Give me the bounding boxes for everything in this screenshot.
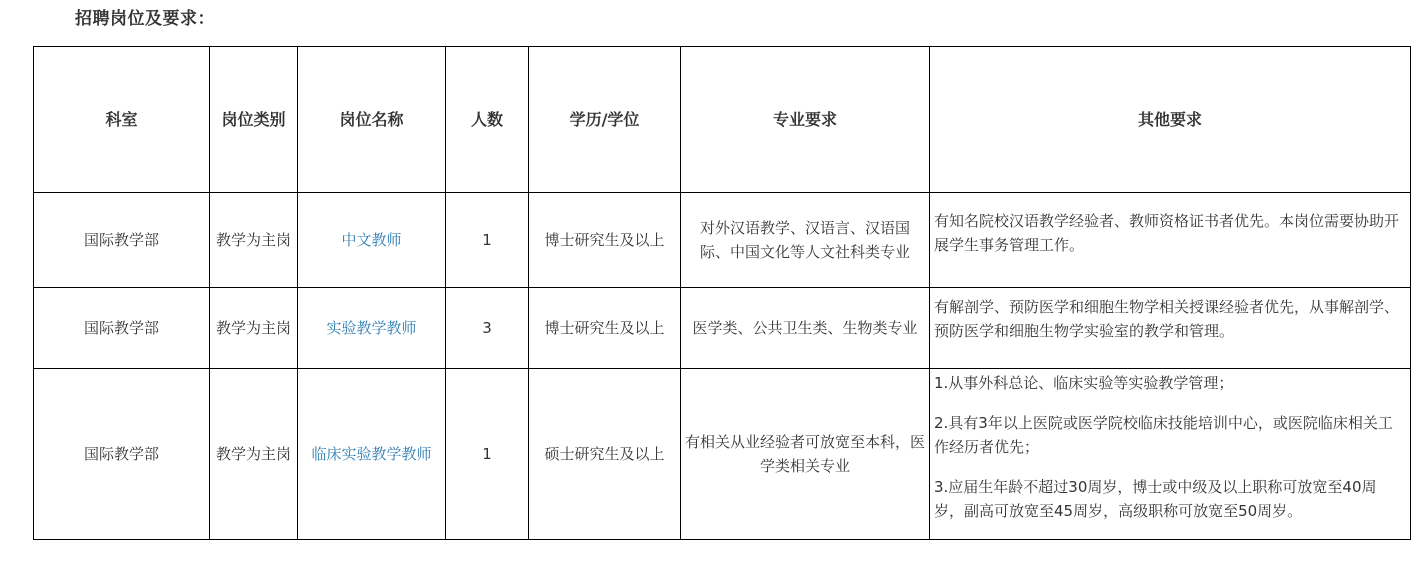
other-requirement: 有知名院校汉语教学经验者、教师资格证书者优先。本岗位需要协助开展学生事务管理工作…: [934, 209, 1406, 257]
table-row: 国际教学部 教学为主岗 临床实验教学教师 1 硕士研究生及以上 有相关从业经验者…: [34, 369, 1411, 540]
table-row: 国际教学部 教学为主岗 实验教学教师 3 博士研究生及以上 医学类、公共卫生类、…: [34, 288, 1411, 369]
position-link[interactable]: 临床实验教学教师: [311, 445, 431, 463]
other-requirement: 有解剖学、预防医学和细胞生物学相关授课经验者优先，从事解剖学、预防医学和细胞生物…: [934, 295, 1406, 343]
cell-education: 博士研究生及以上: [529, 193, 681, 288]
other-requirement: 1.从事外科总论、临床实验等实验教学管理；: [934, 371, 1406, 395]
cell-count: 3: [446, 288, 529, 369]
cell-count: 1: [446, 193, 529, 288]
other-requirement: 3.应届生年龄不超过30周岁，博士或中级及以上职称可放宽至40周岁，副高可放宽至…: [934, 475, 1406, 523]
header-count: 人数: [446, 47, 529, 193]
cell-count: 1: [446, 369, 529, 540]
other-requirement: 2.具有3年以上医院或医学院校临床技能培训中心，或医院临床相关工作经历者优先；: [934, 411, 1406, 459]
position-link[interactable]: 实验教学教师: [326, 319, 416, 337]
cell-major: 有相关从业经验者可放宽至本科，医学类相关专业: [681, 369, 930, 540]
table-header-row: 科室 岗位类别 岗位名称 人数 学历/学位 专业要求 其他要求: [34, 47, 1411, 193]
cell-category: 教学为主岗: [210, 288, 298, 369]
section-title: 招聘岗位及要求：: [75, 4, 215, 29]
cell-department: 国际教学部: [34, 288, 210, 369]
cell-category: 教学为主岗: [210, 369, 298, 540]
header-other: 其他要求: [930, 47, 1411, 193]
cell-other: 1.从事外科总论、临床实验等实验教学管理； 2.具有3年以上医院或医学院校临床技…: [930, 369, 1411, 540]
cell-category: 教学为主岗: [210, 193, 298, 288]
cell-department: 国际教学部: [34, 369, 210, 540]
cell-major: 对外汉语教学、汉语言、汉语国际、中国文化等人文社科类专业: [681, 193, 930, 288]
header-category: 岗位类别: [210, 47, 298, 193]
position-link[interactable]: 中文教师: [341, 231, 401, 249]
header-education: 学历/学位: [529, 47, 681, 193]
recruitment-table: 科室 岗位类别 岗位名称 人数 学历/学位 专业要求 其他要求 国际教学部 教学…: [33, 46, 1411, 540]
cell-major: 医学类、公共卫生类、生物类专业: [681, 288, 930, 369]
table-row: 国际教学部 教学为主岗 中文教师 1 博士研究生及以上 对外汉语教学、汉语言、汉…: [34, 193, 1411, 288]
cell-other: 有解剖学、预防医学和细胞生物学相关授课经验者优先，从事解剖学、预防医学和细胞生物…: [930, 288, 1411, 369]
header-department: 科室: [34, 47, 210, 193]
header-position: 岗位名称: [298, 47, 446, 193]
cell-education: 硕士研究生及以上: [529, 369, 681, 540]
cell-other: 有知名院校汉语教学经验者、教师资格证书者优先。本岗位需要协助开展学生事务管理工作…: [930, 193, 1411, 288]
cell-education: 博士研究生及以上: [529, 288, 681, 369]
header-major: 专业要求: [681, 47, 930, 193]
cell-department: 国际教学部: [34, 193, 210, 288]
